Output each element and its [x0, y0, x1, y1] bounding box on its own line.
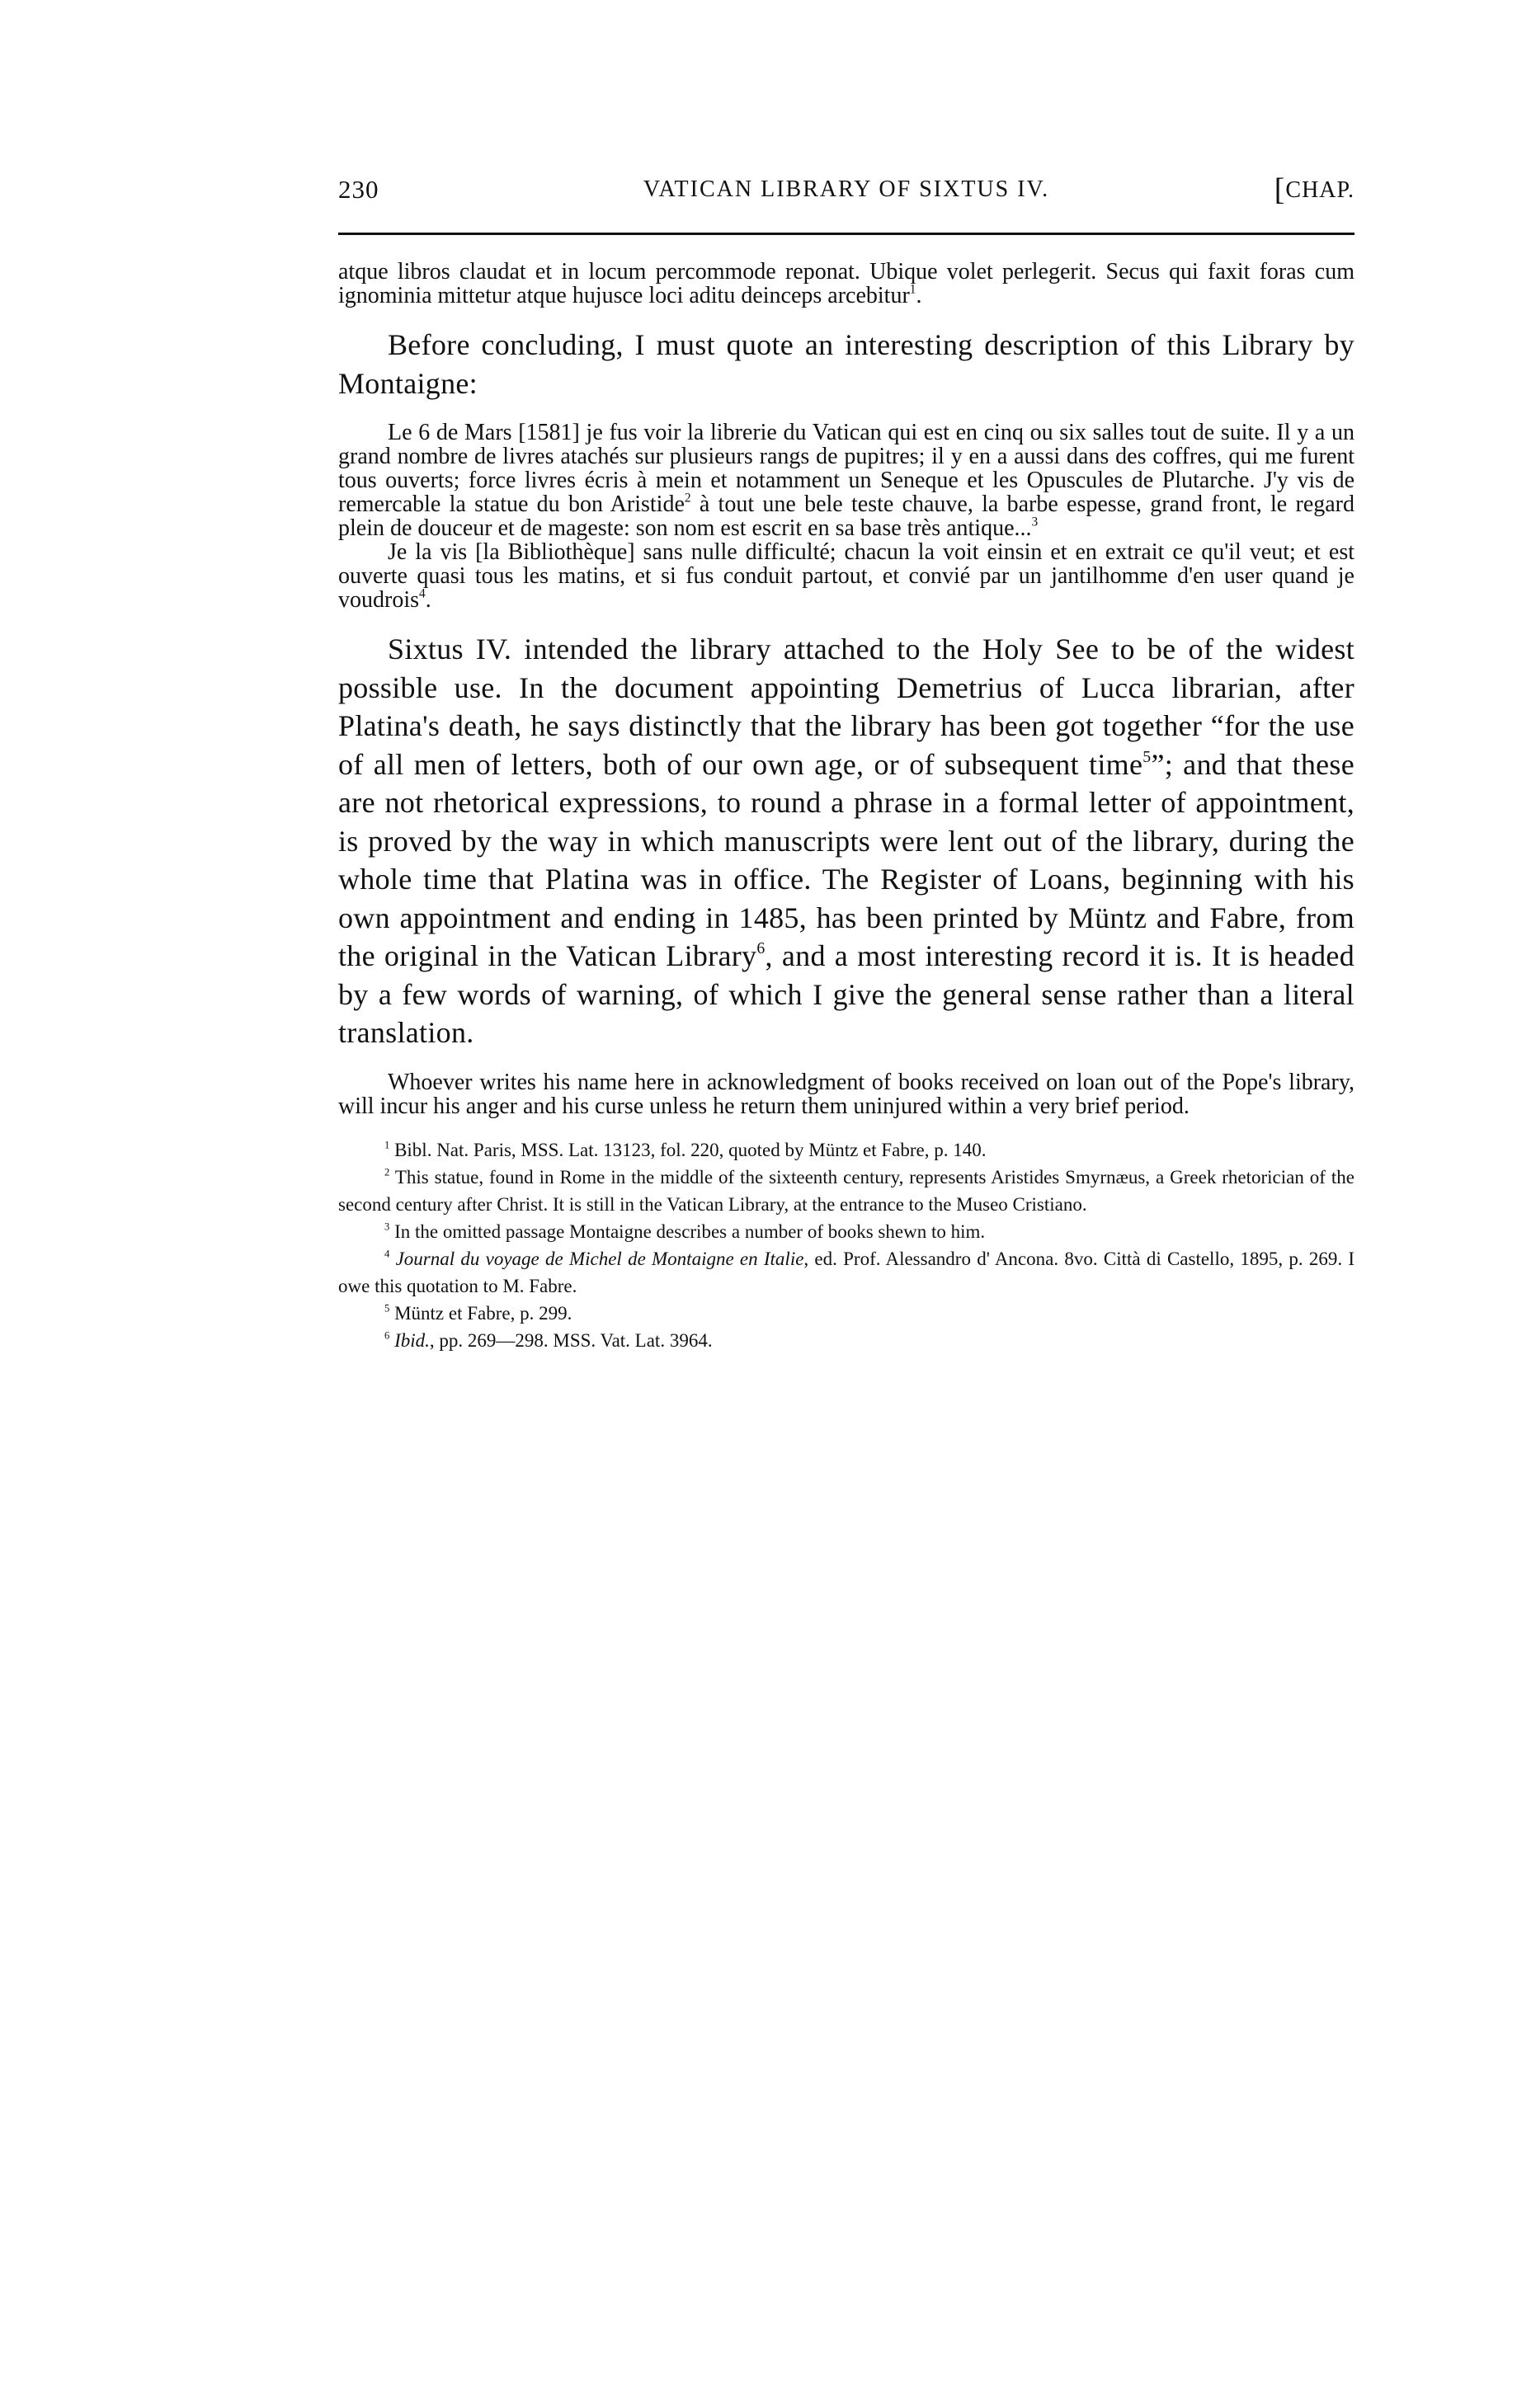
footnote-text: Bibl. Nat. Paris, MSS. Lat. 13123, fol. … [394, 1140, 986, 1160]
footnote-text: In the omitted passage Montaigne describ… [394, 1221, 985, 1242]
running-title: VATICAN LIBRARY OF SIXTUS IV. [338, 165, 1354, 214]
footnote-1: 1 Bibl. Nat. Paris, MSS. Lat. 13123, fol… [338, 1136, 1354, 1164]
footnote-italic-title: Journal du voyage de Michel de Montaigne… [396, 1249, 804, 1269]
footnote-ref: 2 [685, 491, 691, 505]
footnote-italic-title: Ibid. [394, 1330, 430, 1351]
footnote-4: 4 Journal du voyage de Michel de Montaig… [338, 1245, 1354, 1300]
footnote-text: , pp. 269—298. MSS. Vat. Lat. 3964. [430, 1330, 713, 1351]
footnote-ref: 3 [1032, 515, 1039, 529]
chapter-bracket: [ [1274, 172, 1286, 207]
latin-continuation: atque libros claudat et in locum percomm… [338, 260, 1354, 308]
montaigne-quote-para-2: Je la vis [la Bibliothèque] sans nulle d… [338, 540, 1354, 612]
footnote-number: 5 [384, 1302, 389, 1314]
chapter-label-text: CHAP. [1285, 177, 1354, 203]
footnote-5: 5 Müntz et Fabre, p. 299. [338, 1300, 1354, 1327]
main-paragraph: Sixtus IV. intended the library attached… [338, 630, 1354, 1052]
running-header: 230 VATICAN LIBRARY OF SIXTUS IV. [CHAP. [338, 165, 1354, 214]
footnote-ref: 5 [1142, 748, 1151, 766]
footnote-ref: 4 [419, 586, 426, 600]
footnote-number: 3 [384, 1220, 389, 1232]
latin-text: atque libros claudat et in locum percomm… [338, 259, 1354, 308]
footnote-6: 6 Ibid., pp. 269—298. MSS. Vat. Lat. 396… [338, 1327, 1354, 1354]
book-page: 230 VATICAN LIBRARY OF SIXTUS IV. [CHAP.… [338, 165, 1354, 1354]
footnote-number: 2 [384, 1166, 389, 1178]
footnote-ref: 6 [756, 939, 765, 957]
footnote-text: This statue, found in Rome in the middle… [338, 1167, 1354, 1215]
quote-text: Je la vis [la Bibliothèque] sans nulle d… [338, 539, 1354, 613]
footnote-number: 6 [384, 1329, 389, 1341]
latin-tail: . [916, 283, 921, 308]
header-rule [338, 233, 1354, 235]
footnote-number: 1 [384, 1139, 389, 1150]
warning-translation: Whoever writes his name here in acknowle… [338, 1070, 1354, 1118]
footnote-3: 3 In the omitted passage Montaigne descr… [338, 1218, 1354, 1245]
chapter-label: [CHAP. [1274, 165, 1354, 215]
footnotes: 1 Bibl. Nat. Paris, MSS. Lat. 13123, fol… [338, 1136, 1354, 1354]
quote-tail: . [426, 587, 431, 613]
montaigne-quote-para-1: Le 6 de Mars [1581] je fus voir la libre… [338, 421, 1354, 540]
footnote-number: 4 [384, 1248, 389, 1259]
footnote-text: Müntz et Fabre, p. 299. [394, 1303, 572, 1324]
footnote-2: 2 This statue, found in Rome in the midd… [338, 1164, 1354, 1218]
intro-paragraph: Before concluding, I must quote an inter… [338, 326, 1354, 402]
